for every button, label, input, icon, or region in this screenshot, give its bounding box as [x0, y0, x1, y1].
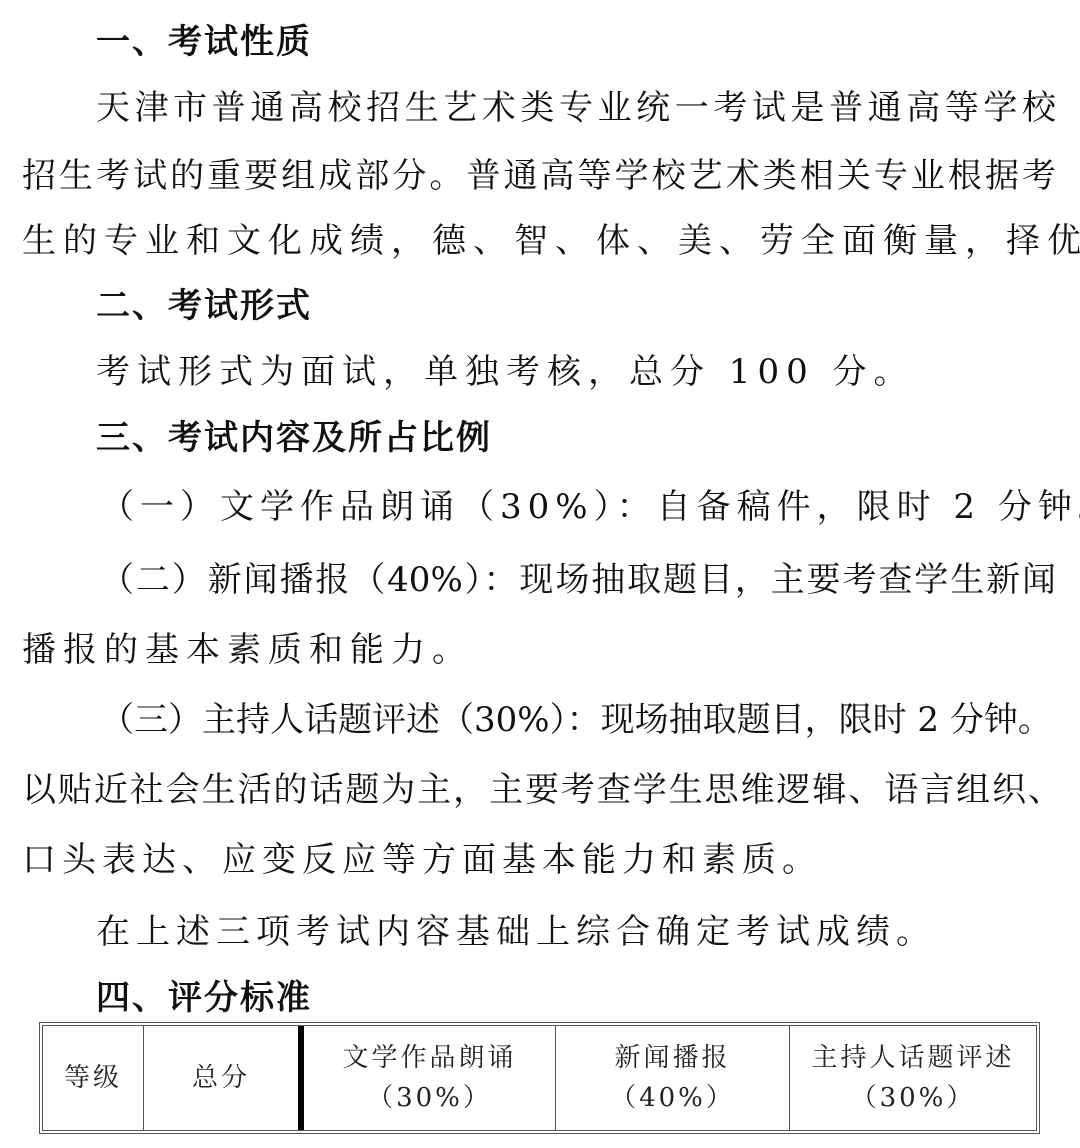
- section-heading-nature: 一、考试性质: [96, 22, 312, 62]
- header-cell-grade: 等级: [43, 1026, 144, 1130]
- paragraph-line: 播报的基本素质和能力。: [22, 630, 473, 670]
- section-heading-scoring: 四、评分标准: [96, 978, 312, 1018]
- paragraph-line: 招生考试的重要组成部分。普通高等学校艺术类相关专业根据考: [22, 156, 1056, 196]
- header-label: 文学作品朗诵: [342, 1038, 516, 1078]
- header-label: 新闻播报: [614, 1038, 730, 1078]
- header-cell-total: 总分: [144, 1026, 304, 1130]
- header-label: 总分: [192, 1058, 250, 1098]
- paragraph-line: 生的专业和文化成绩，德、智、体、美、劳全面衡量，择优录取。: [22, 221, 1080, 261]
- header-label: 主持人话题评述: [811, 1038, 1014, 1078]
- header-weight: （30%）: [367, 1078, 492, 1118]
- list-item-news: （二）新闻播报（40%）：现场抽取题目，主要考查学生新闻: [100, 560, 1056, 600]
- list-item-host-commentary: （三）主持人话题评述（30%）：现场抽取题目，限时 2 分钟。: [100, 700, 1044, 740]
- paragraph-line: 口头表达、应变反应等方面基本能力和素质。: [22, 840, 822, 880]
- paragraph-line: 考试形式为面试，单独考核，总分 100 分。: [96, 352, 915, 392]
- section-heading-content: 三、考试内容及所占比例: [96, 418, 492, 458]
- paragraph-line: 天津市普通高校招生艺术类专业统一考试是普通高等学校: [96, 88, 1056, 128]
- summary-line: 在上述三项考试内容基础上综合确定考试成绩。: [96, 912, 936, 952]
- header-cell-recitation: 文学作品朗诵 （30%）: [304, 1026, 556, 1130]
- paragraph-line: 以贴近社会生活的话题为主，主要考查学生思维逻辑、语言组织、: [22, 770, 1062, 810]
- header-cell-news: 新闻播报 （40%）: [556, 1026, 790, 1130]
- score-table: 等级 总分 文学作品朗诵 （30%） 新闻播报 （40%） 主持人话题评述 （3…: [39, 1022, 1040, 1134]
- header-weight: （30%）: [851, 1078, 976, 1118]
- list-item-recitation: （一）文学作品朗诵（30%）：自备稿件，限时 2 分钟。: [100, 487, 1080, 527]
- header-cell-host-commentary: 主持人话题评述 （30%）: [790, 1026, 1036, 1130]
- section-heading-format: 二、考试形式: [96, 286, 312, 326]
- header-label: 等级: [64, 1058, 122, 1098]
- header-weight: （40%）: [610, 1078, 735, 1118]
